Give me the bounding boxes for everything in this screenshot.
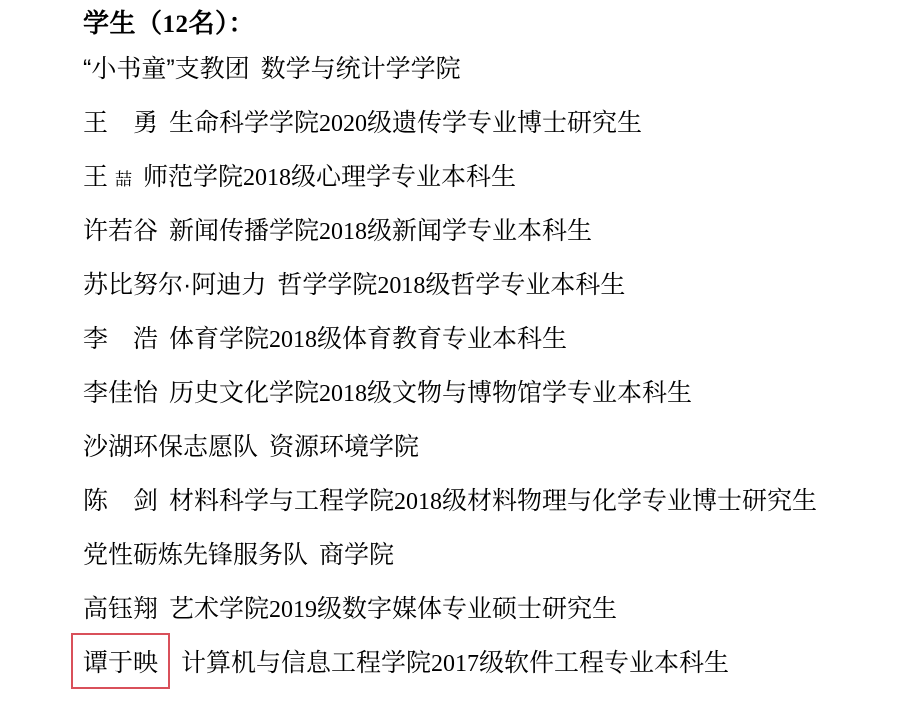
student-detail: 计算机与信息工程学院2017级软件工程专业本科生: [181, 643, 729, 679]
student-name: 王 喆: [83, 157, 132, 193]
list-item: 陈 剑 材料科学与工程学院2018级材料物理与化学专业博士研究生: [83, 472, 915, 526]
student-detail: 哲学学院2018级哲学专业本科生: [277, 265, 625, 301]
student-detail: 商学院: [319, 535, 394, 571]
student-detail: 师范学院2018级心理学专业本科生: [143, 157, 516, 193]
student-name-highlight-box: 谭于映: [71, 633, 170, 689]
list-item: 苏比努尔·阿迪力 哲学学院2018级哲学专业本科生: [83, 256, 915, 310]
student-name: 高钰翔: [83, 589, 158, 625]
student-detail: 材料科学与工程学院2018级材料物理与化学专业博士研究生: [169, 481, 817, 517]
list-item: 李 浩 体育学院2018级体育教育专业本科生: [83, 310, 915, 364]
list-item: 王 喆 师范学院2018级心理学专业本科生: [83, 148, 915, 202]
student-name: “小书童”支教团: [83, 49, 250, 85]
list-item: 党性砺炼先锋服务队 商学院: [83, 526, 915, 580]
numeral: 2018: [394, 489, 442, 515]
student-name: 李 浩: [83, 319, 158, 355]
list-item: 谭于映 计算机与信息工程学院2017级软件工程专业本科生: [83, 634, 915, 688]
numeral: 12: [163, 11, 189, 38]
student-detail: 生命科学学院2020级遗传学专业博士研究生: [169, 103, 642, 139]
student-detail: 资源环境学院: [269, 427, 419, 463]
numeral: 2018: [377, 273, 425, 299]
student-name: 李佳怡: [83, 373, 158, 409]
list-item: 沙湖环保志愿队 资源环境学院: [83, 418, 915, 472]
numeral: 2019: [269, 597, 317, 623]
student-detail: 新闻传播学院2018级新闻学专业本科生: [169, 211, 592, 247]
student-list: “小书童”支教团 数学与统计学学院 王 勇 生命科学学院2020级遗传学专业博士…: [83, 40, 915, 688]
list-item: “小书童”支教团 数学与统计学学院: [83, 40, 915, 94]
student-detail: 艺术学院2019级数字媒体专业硕士研究生: [169, 589, 617, 625]
student-detail: 数学与统计学学院: [261, 49, 461, 85]
numeral: 2018: [319, 219, 367, 245]
student-name: 苏比努尔·阿迪力: [83, 265, 266, 301]
student-detail: 历史文化学院2018级文物与博物馆学专业本科生: [169, 373, 692, 409]
list-item: 许若谷 新闻传播学院2018级新闻学专业本科生: [83, 202, 915, 256]
numeral: 2020: [319, 111, 367, 137]
page-title: 学生（12名）：: [83, 6, 915, 40]
student-name: 王 勇: [83, 103, 158, 139]
student-name: 陈 剑: [83, 481, 158, 517]
list-item: 李佳怡 历史文化学院2018级文物与博物馆学专业本科生: [83, 364, 915, 418]
numeral: 2018: [269, 327, 317, 353]
student-name: 党性砺炼先锋服务队: [83, 535, 308, 571]
student-name-small-char: 喆: [115, 170, 132, 189]
numeral: 2018: [243, 165, 291, 191]
list-item: 王 勇 生命科学学院2020级遗传学专业博士研究生: [83, 94, 915, 148]
numeral: 2017: [431, 651, 479, 677]
student-detail: 体育学院2018级体育教育专业本科生: [169, 319, 567, 355]
list-item: 高钰翔 艺术学院2019级数字媒体专业硕士研究生: [83, 580, 915, 634]
student-name: 许若谷: [83, 211, 158, 247]
numeral: 2018: [319, 381, 367, 407]
student-name: 沙湖环保志愿队: [83, 427, 258, 463]
document-page: 学生（12名）： “小书童”支教团 数学与统计学学院 王 勇 生命科学学院202…: [0, 0, 915, 688]
